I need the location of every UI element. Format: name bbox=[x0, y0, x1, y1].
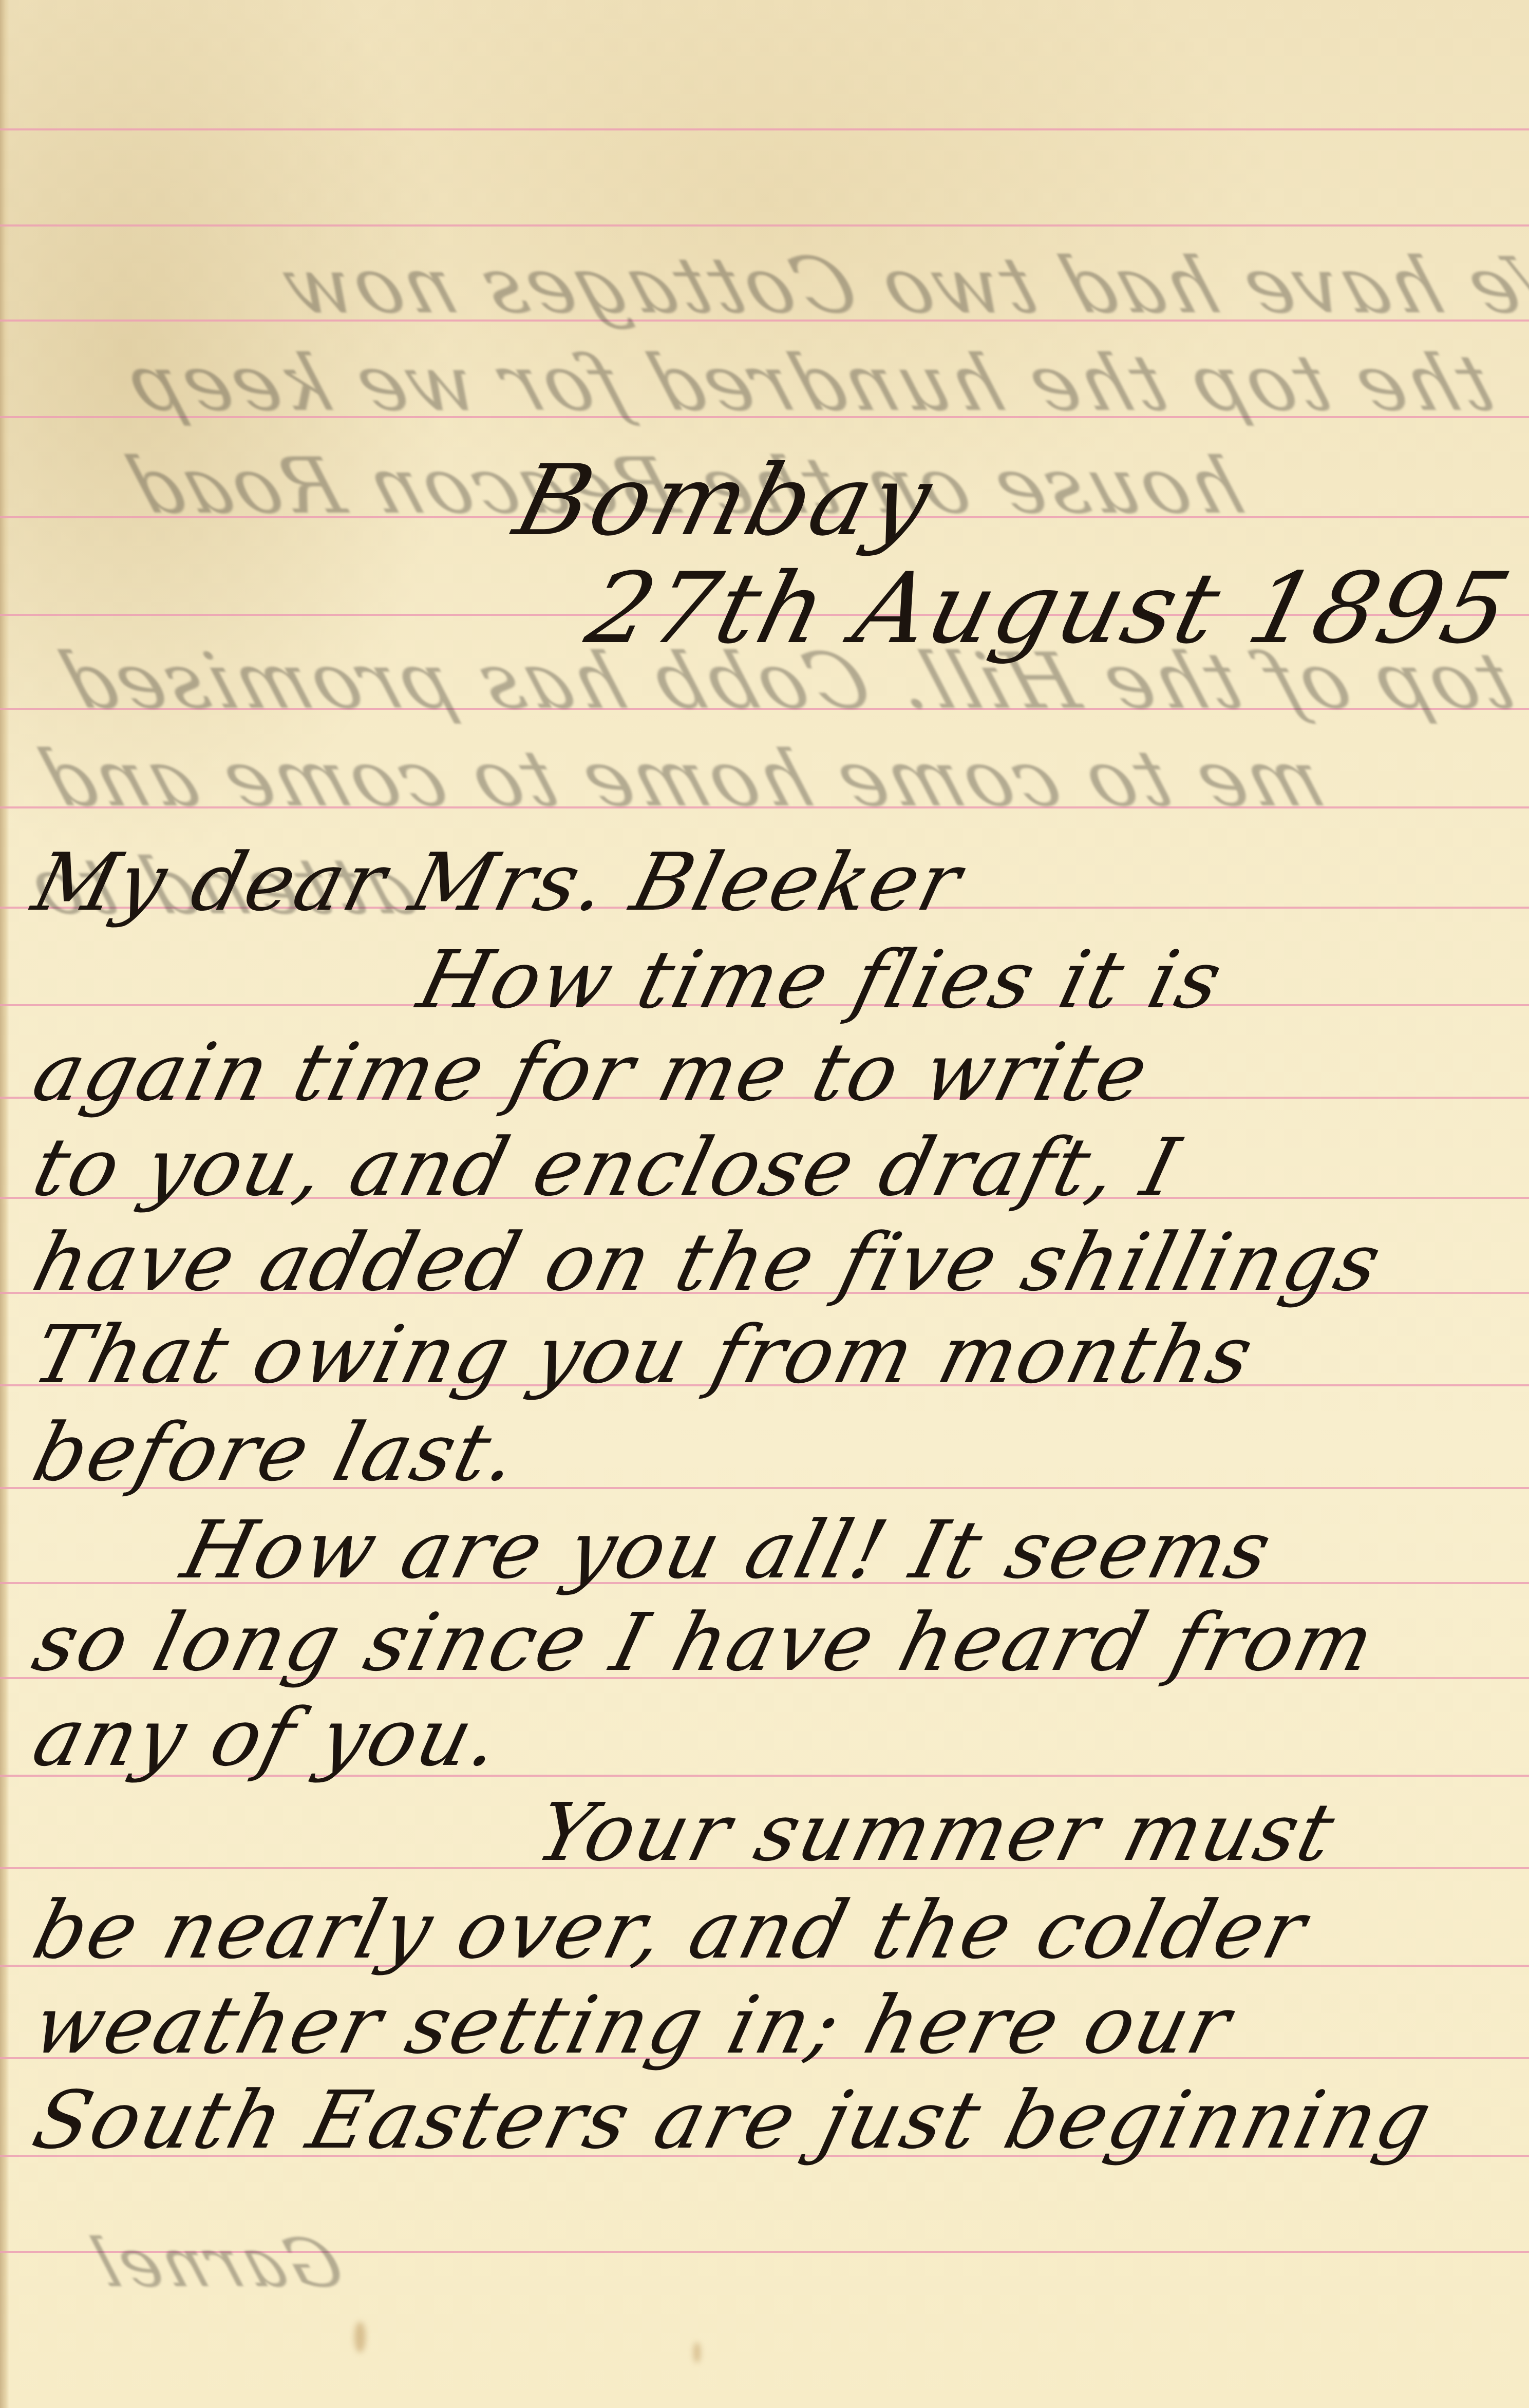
letter-line: Your summer must bbox=[530, 1793, 1344, 1872]
letter-line: How are you all! It seems bbox=[175, 1510, 1280, 1590]
letter-date: 27th August 1895 bbox=[578, 560, 1520, 657]
letter-line: be nearly over, and the colder bbox=[26, 1890, 1315, 1970]
paper-stain bbox=[354, 2322, 366, 2353]
letter-line: before last. bbox=[26, 1413, 527, 1492]
bleed-through-text: Garnel bbox=[80, 2224, 352, 2302]
bleed-through-text: me to come home to come and bbox=[27, 735, 1335, 824]
paper-stain bbox=[693, 2342, 701, 2363]
letter-line: to you, and enclose draft, I bbox=[26, 1127, 1188, 1207]
letter-line: How time flies it is bbox=[411, 940, 1231, 1020]
letter-page: We have had two Cottages now the top the… bbox=[0, 0, 1529, 2408]
bleed-through-text: We have had two Cottages now bbox=[268, 241, 1529, 331]
letter-line: weather setting in; here our bbox=[26, 1985, 1240, 2065]
letter-line: so long since I have heard from bbox=[26, 1603, 1383, 1682]
bleed-through-text: the top the hundred for we keep bbox=[114, 339, 1505, 428]
letter-line: any of you. bbox=[26, 1698, 510, 1777]
ruled-line bbox=[0, 128, 1529, 130]
letter-line: have added on the five shillings bbox=[26, 1222, 1390, 1302]
letter-line: South Easters are just beginning bbox=[26, 2080, 1441, 2160]
letter-line: again time for me to write bbox=[26, 1032, 1157, 1112]
letter-place: Bombay bbox=[506, 452, 942, 550]
letter-line: That owing you from months bbox=[26, 1315, 1262, 1395]
letter-salutation: My dear Mrs. Bleeker bbox=[26, 842, 970, 922]
paper-left-edge bbox=[0, 0, 9, 2408]
ruled-line bbox=[0, 224, 1529, 227]
